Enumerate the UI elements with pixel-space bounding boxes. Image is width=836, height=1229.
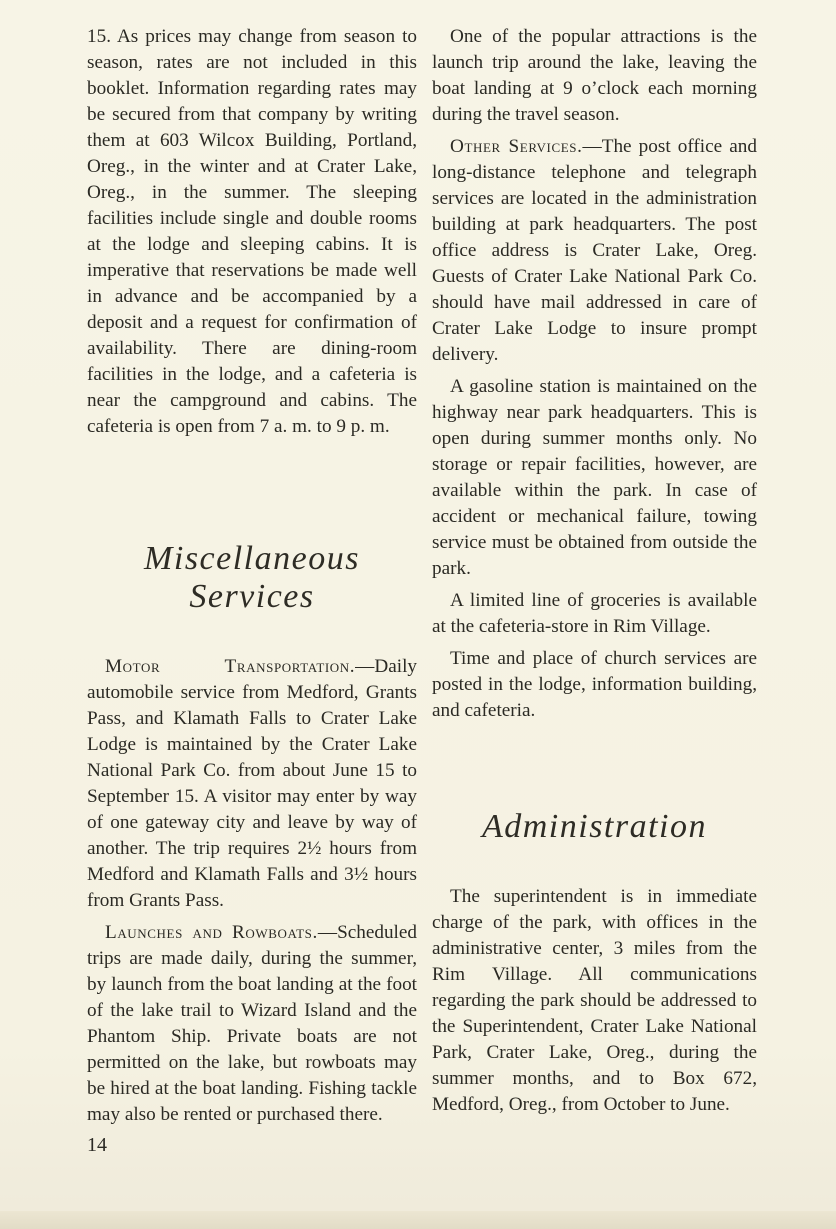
miscellaneous-services-heading: Miscellaneous Services <box>87 540 417 616</box>
miscellaneous-services-section: Miscellaneous Services Motor Transportat… <box>87 540 417 1134</box>
other-services-paragraph: Other Services.—The post office and long… <box>432 134 757 368</box>
administration-section: Administration The superintendent is in … <box>432 808 757 1124</box>
other-services-lead: Other Services. <box>450 136 583 157</box>
motor-transportation-lead: Motor Transportation. <box>105 656 355 677</box>
page-bottom-edge <box>0 1211 836 1229</box>
launches-rowboats-lead: Launches and Rowboats. <box>105 922 318 943</box>
right-column: One of the popular attractions is the la… <box>432 24 757 730</box>
gasoline-station-paragraph: A gasoline station is maintained on the … <box>432 374 757 582</box>
launch-trip-paragraph: One of the popular attractions is the la… <box>432 24 757 128</box>
launches-rowboats-paragraph: Launches and Rowboats.—Sched­uled trips … <box>87 920 417 1128</box>
lodging-rates-paragraph: 15. As prices may change from season to … <box>87 24 417 440</box>
other-services-text: —The post office and long-distance telep… <box>432 136 757 365</box>
left-column: 15. As prices may change from season to … <box>87 24 417 446</box>
administration-heading: Administration <box>432 808 757 846</box>
church-services-paragraph: Time and place of church services are po… <box>432 646 757 724</box>
launches-rowboats-text: —Sched­uled trips are made daily, during… <box>87 922 417 1125</box>
motor-transportation-paragraph: Motor Transportation.—Daily automobile s… <box>87 654 417 914</box>
administration-paragraph: The superintendent is in immediate charg… <box>432 884 757 1118</box>
motor-transportation-text: —Daily automobile service from Medford, … <box>87 656 417 911</box>
groceries-paragraph: A limited line of groceries is avail­abl… <box>432 588 757 640</box>
booklet-page: 15. As prices may change from season to … <box>0 0 836 1229</box>
page-number: 14 <box>87 1134 107 1157</box>
